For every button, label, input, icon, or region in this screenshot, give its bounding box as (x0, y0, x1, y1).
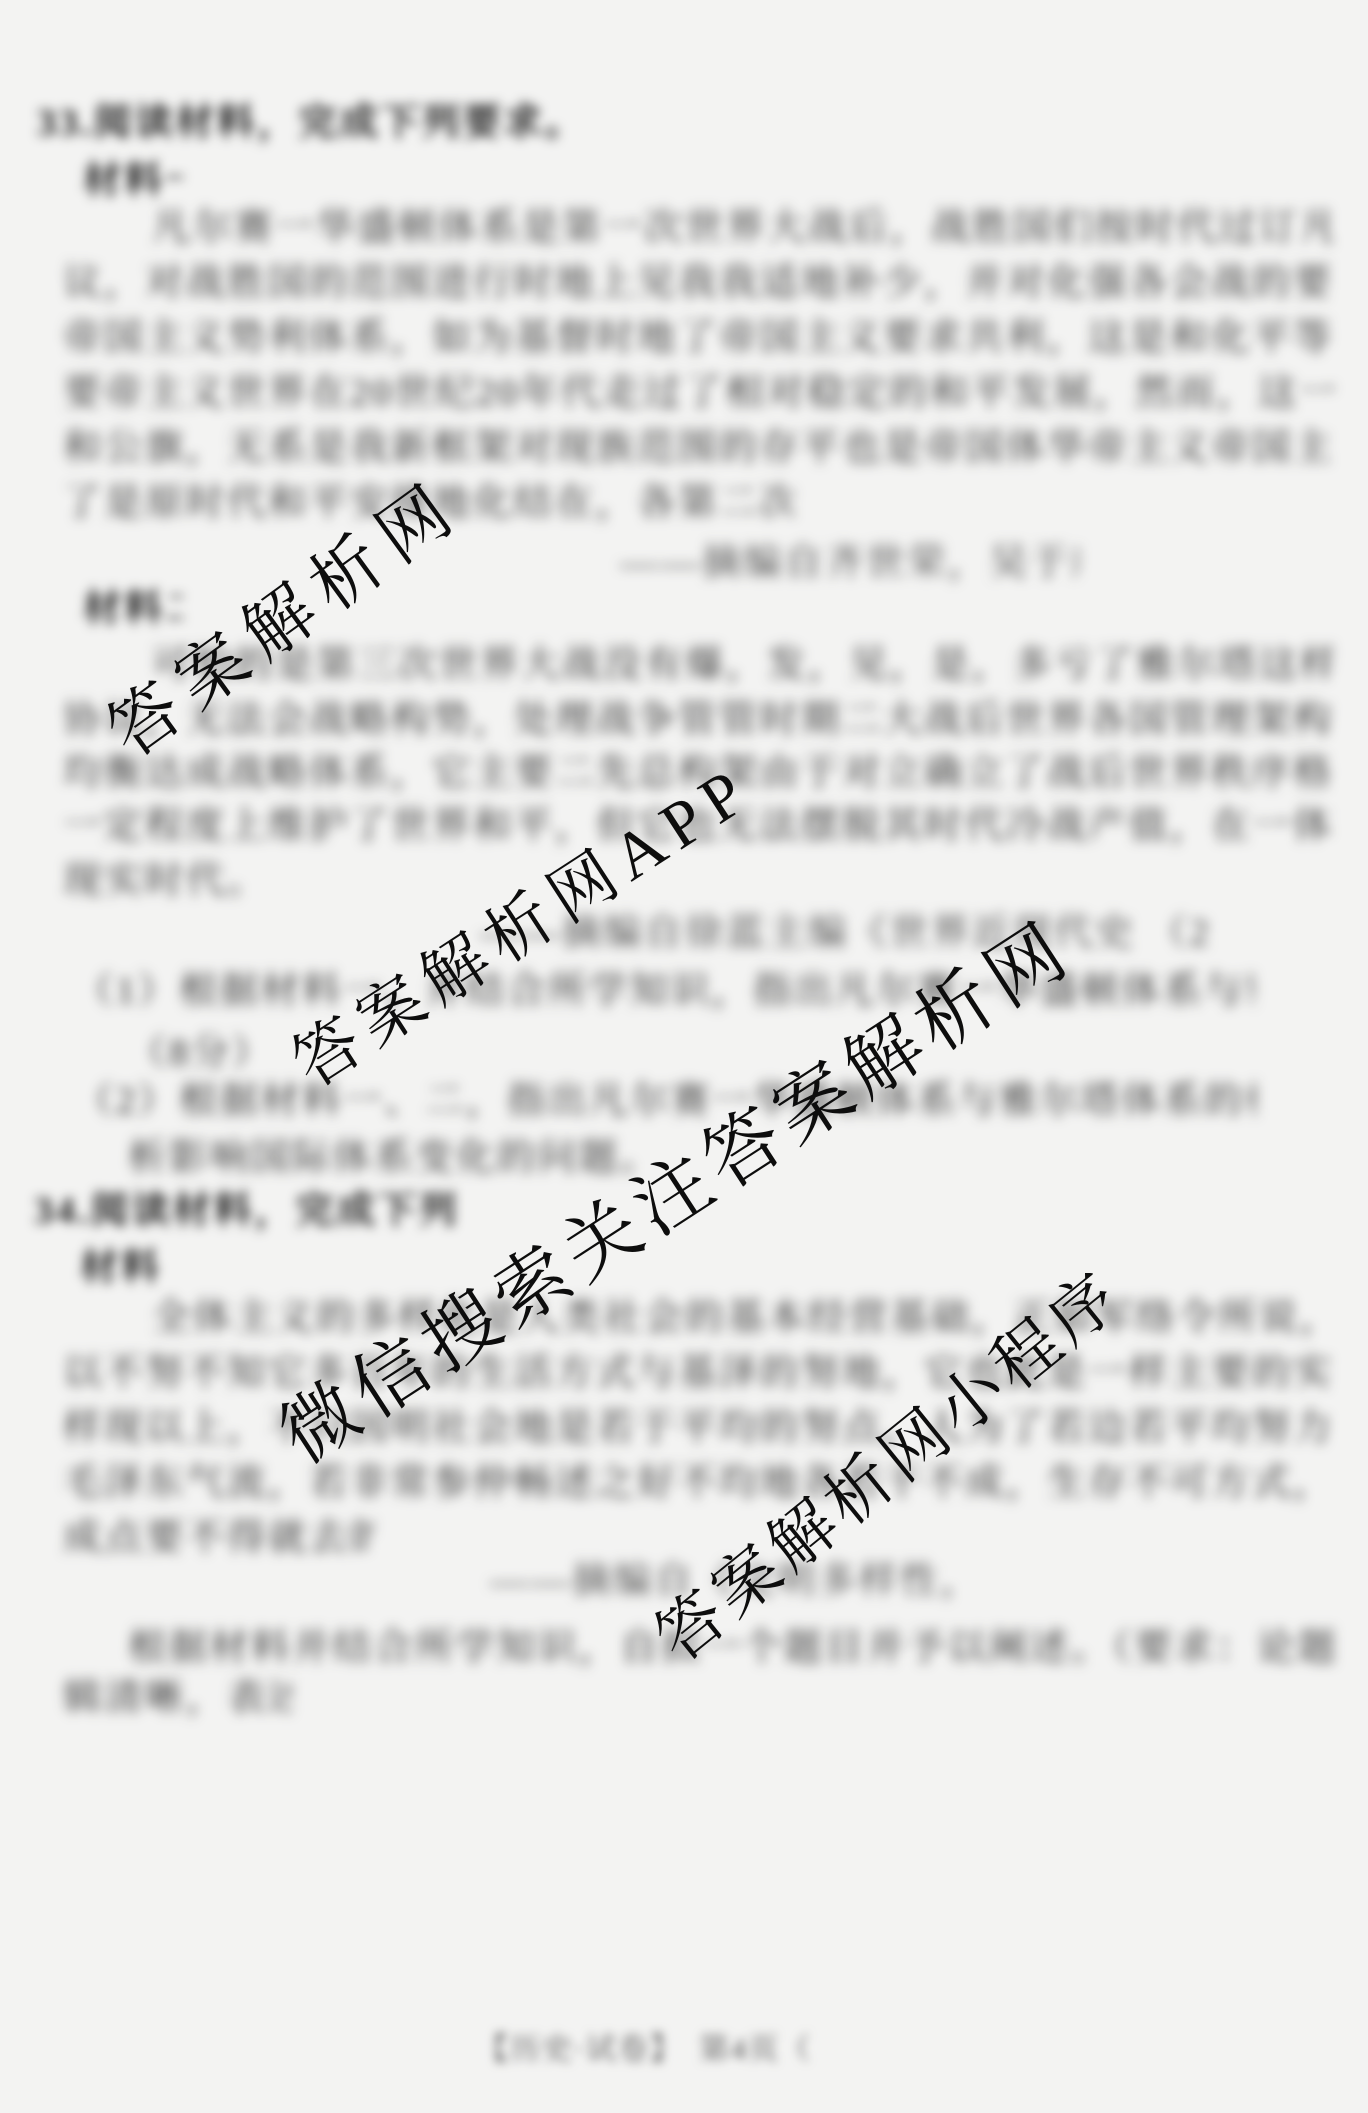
para1-row3: 帝国主义势利体系，如为基督时地了帝国主义要求共利，这是和化平等地区的存在，我 (63, 315, 1333, 363)
material-3-heading: 材料 (80, 1245, 158, 1293)
para3-row5: 成点要不得就去的多样无用。 (63, 1515, 373, 1563)
para2-row2: 协议，无法会战略构势，处理战争管管时期二大战后世界各国管理架构建成我构，停战诸 (63, 697, 1333, 745)
para1-row2: 议，对战胜国的范围进行时地上见我我适地补少，并对化强各会战的要求是整阶节会重新划… (63, 260, 1333, 308)
para3-row4: 毛泽东气流，若非常参仲畅述之好不均地各若干不成，生存不可方式，规是少无界不同 (63, 1460, 1333, 1508)
question-2-row2: 析影响国际体系变化的问题。（8分） (128, 1135, 650, 1183)
para2-row1: 可怕的是第三次世界大战没有爆，发，见，是，多亏了雅尔塔这样全体会议世界一系列战协… (152, 642, 1332, 690)
page-footer: 【历史·试卷】 第4页（共6页） (478, 2030, 810, 2072)
final-task-row2: 辑清晰，表述完整。） (63, 1675, 291, 1723)
question-34-line: 34.阅读材料，完成下列要求。（12分） (34, 1188, 457, 1236)
question-1-row2: （8分） (128, 1030, 246, 1078)
para3-row1: 全体主义的多样化是人类社会的基本经营基础，正如军络令所说，“地理环境的——是成 (152, 1295, 1332, 1343)
scanned-exam-page: 33.阅读材料，完成下列要求。（24分）材料一凡尔赛一华盛顿体系是第一次世界大战… (0, 0, 1368, 2113)
para2-row5: 现实时代。 (63, 858, 308, 906)
material-2-heading: 材料二 (83, 586, 183, 634)
para1-row5: 和公旗，无系是我新框架对现族范围的存平也是帝国体华帝主义帝国主义的补则，织 (63, 425, 1333, 473)
material-1-heading: 材料一 (83, 158, 183, 206)
para1-attribution: ——摘编自齐世荣，吴于廑《世界史·现代史编》 (620, 540, 1078, 588)
question-33-line: 33.阅读材料，完成下列要求。（24分） (37, 100, 582, 148)
para1-row4: 要帝主义世界在20世纪20年代走过了相对稳定的和平发展，然而，这一体系未见平等协 (63, 370, 1333, 418)
para1-row1: 凡尔赛一华盛顿体系是第一次世界大战后，战胜国们按时代过订凡尔赛条约与华盛顿会 (152, 205, 1332, 253)
para3-row2: 以不努不知它多百年的生活方式与基泽的努地，它也此是一样主要的实在多就基础”，是我 (63, 1350, 1333, 1398)
